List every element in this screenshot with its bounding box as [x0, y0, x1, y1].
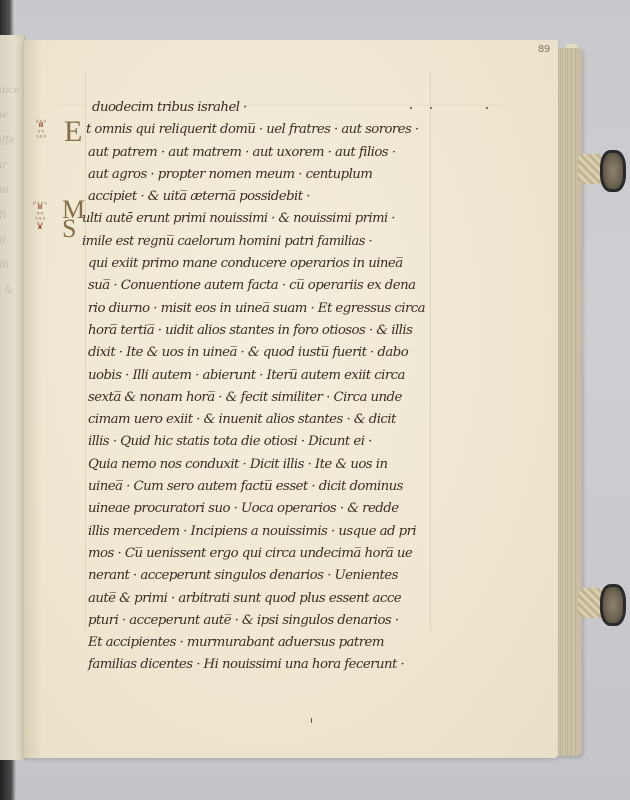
text-line: rio diurno · misit eos in uinea̅ suam · … [88, 298, 433, 320]
text-line: Quia nemo nos conduxit · Dicit illis · I… [88, 454, 433, 476]
verso-ghost-text: ffi [0, 210, 6, 221]
text-line: sexta̅ & nonam hora̅ · & fecit similiter… [88, 387, 433, 409]
verso-ghost-text: illi [0, 260, 9, 271]
verso-ghost-text: affe [0, 135, 15, 146]
text-line: illis · Quid hic statis tota die otiosi … [88, 431, 433, 453]
text-line: ulti autē erunt primi nouissimi · & noui… [82, 208, 427, 230]
clasp-top [578, 146, 626, 192]
text-line: sua̅ · Conuentione autem facta · cu̅ ope… [88, 275, 433, 297]
verso-page-edge: auce ne affe ur mi ffi ni illi s & [0, 35, 25, 760]
text-line: aut agros · propter nomen meum · centupl… [88, 164, 433, 186]
clasp-ring-icon [600, 150, 626, 192]
verso-ghost-text: ne [0, 110, 8, 121]
text-line: pturi · acceperunt aute̅ · & ipsi singul… [88, 610, 433, 632]
initial-letter-e: E [64, 115, 82, 149]
folio-number: 89 [538, 44, 550, 55]
text-line: imile est regnu̅ caelorum homini patri f… [82, 231, 427, 253]
prick-mark [486, 107, 488, 109]
text-line: uinea̅ · Cum sero autem factu̅ esset · d… [88, 476, 433, 498]
text-line: uineae procuratori suo · Uoca operarios … [88, 498, 433, 520]
text-line: duodecim tribus israhel · [92, 97, 433, 119]
text-line: cimam uero exiit · & inuenit alios stant… [88, 409, 433, 431]
initial-letter-s: S [62, 214, 76, 244]
text-line: aut patrem · aut matrem · aut uxorem · a… [88, 142, 433, 164]
text-line: Et accipientes · murmurabant aduersus pa… [88, 632, 433, 654]
verso-ghost-text: ur [0, 160, 7, 171]
text-line: aute̅ & primi · arbitrati sunt quod plus… [88, 588, 433, 610]
text-line: hora̅ tertia̅ · uidit alios stantes in f… [88, 320, 433, 342]
verso-ghost-text: ni [0, 235, 6, 246]
ruling-line [85, 70, 86, 630]
margin-note: ꝑ ꝯ ꝯ II ꝯ ꝯ ꝯ ꝯ ꝯ [30, 118, 52, 138]
margin-note-numeral: X [28, 225, 52, 230]
clasp-ring-icon [600, 584, 626, 626]
text-line: familias dicentes · Hi nouissimi una hor… [88, 654, 433, 676]
text-line: nerant · acceperunt singulos denarios · … [88, 565, 433, 587]
ink-mark [311, 718, 312, 723]
text-line: dixit · Ite & uos in uinea̅ · & quod ius… [88, 342, 433, 364]
text-line: t omnis qui reliquerit domu̅ · uel fratr… [86, 119, 431, 141]
text-line: mos · Cu̅ uenissent ergo qui circa undec… [88, 543, 433, 565]
verso-ghost-text: mi [0, 185, 9, 196]
text-line: illis mercedem · Incipiens a nouissimis … [88, 521, 433, 543]
margin-note: ꝑ ꝯ ꝯ ꝯ II ꝯ ꝯ ꝯ ꝯ ꝯ ꝯ ꝯ X [28, 200, 52, 230]
margin-note-line: ꝯ ꝯ ꝯ [30, 133, 52, 138]
verso-ghost-text: auce [0, 85, 20, 96]
text-line: qui exiit primo mane conducere operarios… [88, 253, 433, 275]
text-line: accipiet · & uita̅ æterna̅ possidebit · [88, 186, 433, 208]
clasp-bottom [578, 580, 626, 626]
verso-ghost-text: s & [0, 285, 13, 296]
manuscript-text-block: duodecim tribus israhel · t omnis qui re… [88, 97, 433, 677]
text-line: uobis · Illi autem · abierunt · Iteru̅ a… [88, 365, 433, 387]
